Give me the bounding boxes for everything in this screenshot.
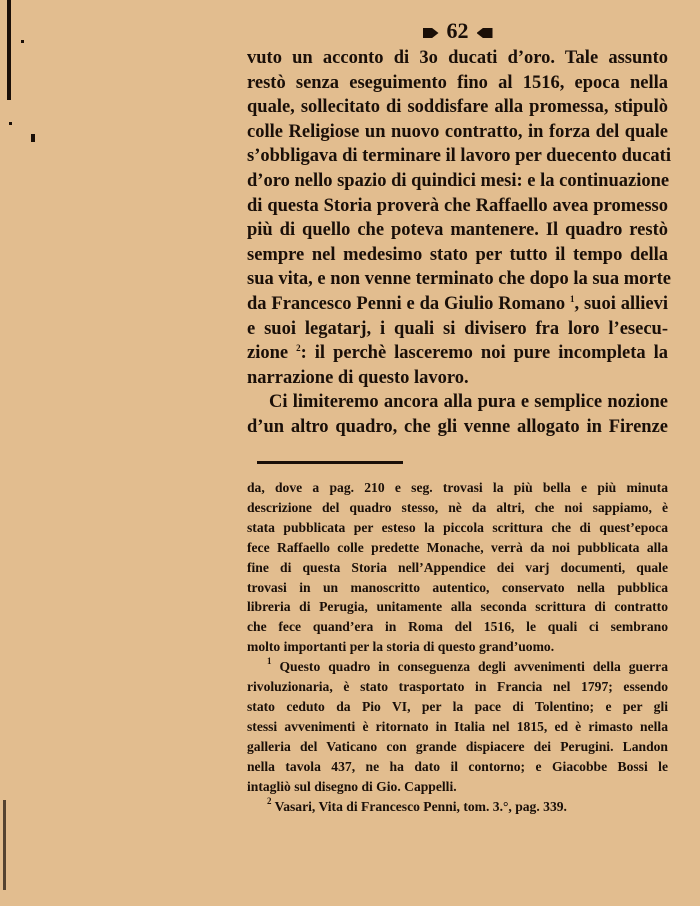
- body-line: sua vita, e non venne terminato che dopo…: [247, 267, 668, 292]
- body-line: più di quello che poteva mantenere. Il q…: [247, 218, 668, 243]
- body-line: vuto un acconto di 3o ducati d’oro. Tale…: [247, 46, 668, 71]
- footnote-2-line: 2 Vasari, Vita di Francesco Penni, tom. …: [247, 797, 668, 817]
- footnote-1-line: rivoluzionaria, è stato trasportato in F…: [247, 677, 668, 697]
- body-line: sempre nel medesimo stato per tutto il t…: [247, 243, 668, 268]
- body-line: zione 2: il perchè lasceremo noi pure in…: [247, 341, 668, 366]
- footnotes: da, dove a pag. 210 e seg. trovasi la pi…: [247, 478, 668, 816]
- pointer-left-icon: [477, 28, 493, 38]
- footnote-divider: [257, 461, 403, 464]
- footnote-line: descrizione del quadro stesso, nè da alt…: [247, 498, 668, 518]
- body-line: colle Religiose un nuovo contratto, in f…: [247, 120, 668, 145]
- margin-scan-mark: [31, 134, 35, 142]
- footnote-line: libreria di Perugia, unitamente alla sec…: [247, 597, 668, 617]
- footnote-1-line: stessi avvenimenti è ritornato in Italia…: [247, 717, 668, 737]
- body-line: s’obbligava di terminare il lavoro per d…: [247, 144, 668, 169]
- footnote-1-line: intagliò sul disegno di Gio. Cappelli.: [247, 777, 668, 797]
- footnote-1-line: galleria del Vaticano con grande dispiac…: [247, 737, 668, 757]
- footnote-line: che fece quand’era in Roma del 1516, le …: [247, 617, 668, 637]
- body-line: da Francesco Penni e da Giulio Romano 1,…: [247, 292, 668, 317]
- pointer-right-icon: [423, 28, 439, 38]
- footnote-marker: 2: [267, 796, 272, 806]
- body-line: restò senza eseguimento fino al 1516, ep…: [247, 71, 668, 96]
- body-line: quale, sollecitato di soddisfare alla pr…: [247, 95, 668, 120]
- body-text: vuto un acconto di 3o ducati d’oro. Tale…: [247, 46, 668, 440]
- footnote-line: fece Raffaello colle predette Monache, v…: [247, 538, 668, 558]
- body-line: d’oro nello spazio di quindici mesi: e l…: [247, 169, 668, 194]
- margin-scan-mark: [9, 122, 12, 125]
- page-header: 62: [247, 17, 668, 45]
- margin-scan-mark: [21, 40, 24, 43]
- footnote-line: molto importanti per la storia di questo…: [247, 637, 668, 657]
- footnote-marker: 1: [267, 656, 272, 666]
- footnote-1-line: nella tavola 437, ne ha dato il contorno…: [247, 757, 668, 777]
- page-number: 62: [447, 18, 469, 43]
- footnote-1-line: 1 Questo quadro in conseguenza degli avv…: [247, 657, 668, 677]
- margin-scan-mark: [3, 800, 6, 890]
- body-line: e suoi legatarj, i quali si divisero fra…: [247, 317, 668, 342]
- body-line: di questa Storia proverà che Raffaello a…: [247, 194, 668, 219]
- body-line: Ci limiteremo ancora alla pura e semplic…: [247, 390, 668, 415]
- footnote-line: trovasi in un manoscritto autentico, con…: [247, 578, 668, 598]
- footnote-line: stata pubblicata per esteso la piccola s…: [247, 518, 668, 538]
- footnote-line: fine di questa Storia nell’Appendice dei…: [247, 558, 668, 578]
- footnote-line: da, dove a pag. 210 e seg. trovasi la pi…: [247, 478, 668, 498]
- body-line: d’un altro quadro, che gli venne allogat…: [247, 415, 668, 440]
- margin-scan-mark: [7, 0, 11, 100]
- body-line: narrazione di questo lavoro.: [247, 366, 668, 391]
- footnote-1-line: stato ceduto da Pio VI, per la pace di T…: [247, 697, 668, 717]
